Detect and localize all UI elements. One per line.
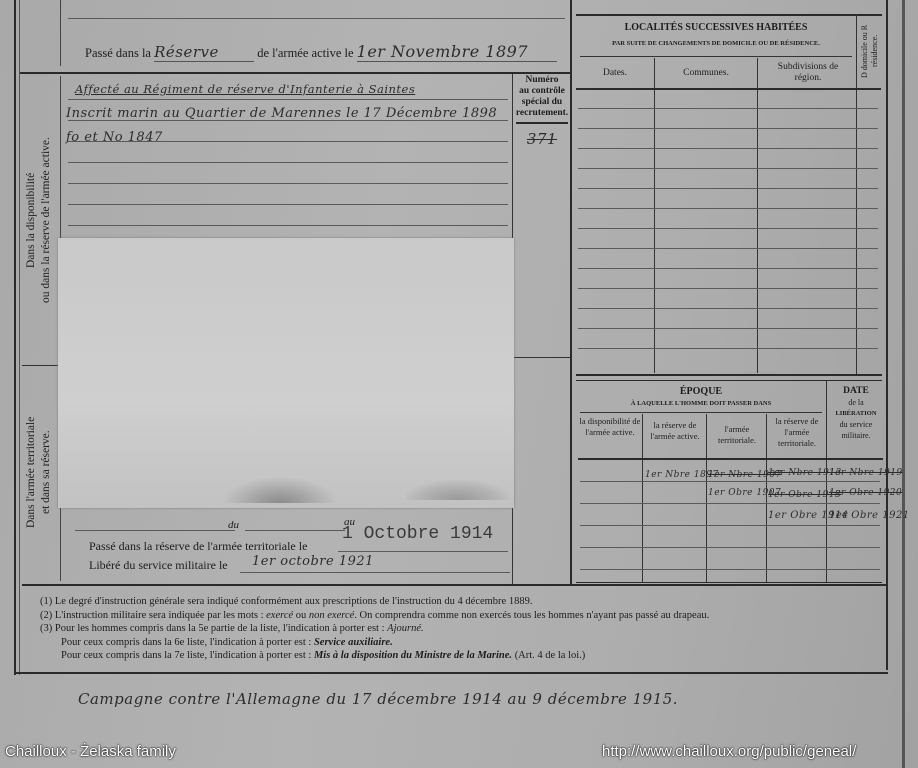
- numero-separator: [513, 357, 571, 358]
- epoque-bottom-rule: [576, 582, 882, 583]
- handwritten-reserve-date: 1er Novembre 1897: [357, 42, 557, 62]
- frame-right-outer: [902, 0, 905, 768]
- pasted-paper-patch: [58, 238, 514, 508]
- left-label-territoriale: Dans l'armée territoriale et dans sa rés…: [24, 372, 60, 572]
- epoque-col-disponibilite: la disponibilité de l'armée active.: [578, 416, 642, 438]
- entry-affecte: Affecté au Régiment de réserve d'Infante…: [75, 82, 415, 96]
- liberation-value-1: 1er Nbre 1919: [829, 468, 903, 478]
- liberation-value-3: 1er Obre 1921: [829, 510, 910, 521]
- localites-side-label: D domicile ou R résidence.: [860, 20, 882, 82]
- localites-bottom-rule: [576, 374, 882, 376]
- localites-header-rule: [576, 88, 881, 90]
- libere-underline: [240, 572, 510, 573]
- epoque-col-divider: [642, 414, 643, 582]
- localites-side-divider: [856, 14, 857, 374]
- libere-date: 1er octobre 1921: [252, 554, 374, 569]
- liberation-header: DATE de la LIBÉRATION du service militai…: [828, 386, 884, 441]
- territoriale-underline: [338, 551, 508, 552]
- localites-subtitle: PAR SUITE DE CHANGEMENTS DE DOMICILE OU …: [576, 40, 856, 47]
- entry-folio: fo et No 1847: [66, 130, 163, 145]
- bottom-section-rule: [22, 584, 888, 586]
- frame-right: [886, 0, 888, 670]
- footnote-3c: Pour ceux compris dans la 7e liste, l'in…: [40, 649, 709, 663]
- epoque-col-divider: [766, 414, 767, 582]
- ruled-line: [68, 204, 508, 205]
- footnote-3b: Pour ceux compris dans la 6e liste, l'in…: [40, 636, 709, 650]
- passe-dans-la-label: Passé dans la: [85, 46, 151, 60]
- watermark-left: Chailloux - Żelaska family: [5, 743, 176, 760]
- col-divider: [654, 58, 655, 373]
- ruled-line: [68, 225, 508, 226]
- epoque-header-rule: [578, 458, 883, 460]
- epoque-subtitle: À LAQUELLE L'HOMME DOIT PASSER DANS: [578, 400, 824, 407]
- epoque-title: ÉPOQUE: [578, 386, 824, 397]
- center-divider: [570, 0, 572, 585]
- du-label: du: [228, 519, 239, 531]
- numero-value: 371: [514, 130, 570, 148]
- top-section-bottom-rule: [20, 72, 572, 74]
- ruled-line: [68, 183, 508, 184]
- left-label-disponibilite: Dans la disponibilité ou dans la réserve…: [24, 80, 60, 360]
- footnote-3: (3) Pour les hommes compris dans la 5e p…: [40, 622, 709, 636]
- footnote-2: (2) L'instruction militaire sera indiqué…: [40, 609, 709, 623]
- epoque-top-rule: [576, 380, 882, 381]
- libere-label: Libéré du service militaire le: [89, 558, 228, 573]
- footnotes: (1) Le degré d'instruction générale sera…: [40, 595, 709, 663]
- col-divider: [757, 58, 758, 373]
- localites-col-dates: Dates.: [576, 68, 654, 78]
- du-au-line: [245, 530, 345, 531]
- document-page: Passé dans la Réserve de l'armée active …: [0, 0, 918, 768]
- ruled-line: [68, 162, 508, 163]
- left-label-separator: [22, 365, 60, 366]
- frame-left-inner: [19, 0, 20, 675]
- epoque-col-reserve-territoriale: la réserve de l'armée territoriale.: [768, 416, 826, 449]
- localites-brace: [580, 56, 852, 57]
- localites-col-communes: Communes.: [655, 68, 757, 78]
- epoque-brace: [580, 412, 822, 413]
- territoriale-stamp: 1 Octobre 1914: [342, 524, 493, 544]
- armee-active-label: de l'armée active le: [257, 46, 353, 60]
- handwritten-reserve: Réserve: [154, 43, 254, 62]
- liberation-value-2: 1er Obre 1920: [829, 488, 902, 498]
- epoque-col-reserve-active: la réserve de l'armée active.: [644, 420, 706, 442]
- localites-col-subdivisions: Subdivisions de région.: [770, 62, 846, 84]
- ink-smudge: [225, 478, 335, 503]
- top-section-text: Passé dans la Réserve de l'armée active …: [85, 42, 557, 62]
- numero-header-rule: [516, 122, 568, 124]
- footnote-1: (1) Le degré d'instruction générale sera…: [40, 595, 709, 609]
- numero-header: Numéro au contrôle spécial du recrutemen…: [514, 75, 570, 119]
- ruled-line: [68, 99, 508, 100]
- watermark-right: http://www.chailloux.org/public/geneal/: [602, 743, 856, 760]
- territoriale-label: Passé dans la réserve de l'armée territo…: [89, 539, 307, 554]
- top-rule: [68, 18, 565, 19]
- frame-bottom: [16, 672, 888, 674]
- frame-left: [14, 0, 16, 675]
- du-au-line: [75, 530, 235, 531]
- localites-top-rule: [576, 14, 882, 16]
- epoque-col-divider: [706, 414, 707, 582]
- localites-title: LOCALITÉS SUCCESSIVES HABITÉES: [576, 22, 856, 33]
- handwritten-campaign-note: Campagne contre l'Allemagne du 17 décemb…: [78, 690, 678, 708]
- entry-inscrit-marin: Inscrit marin au Quartier de Marennes le…: [66, 106, 497, 121]
- top-section-left-bracket: [60, 0, 61, 66]
- ink-smudge: [405, 480, 510, 500]
- epoque-col-territoriale: l'armée territoriale.: [708, 424, 766, 446]
